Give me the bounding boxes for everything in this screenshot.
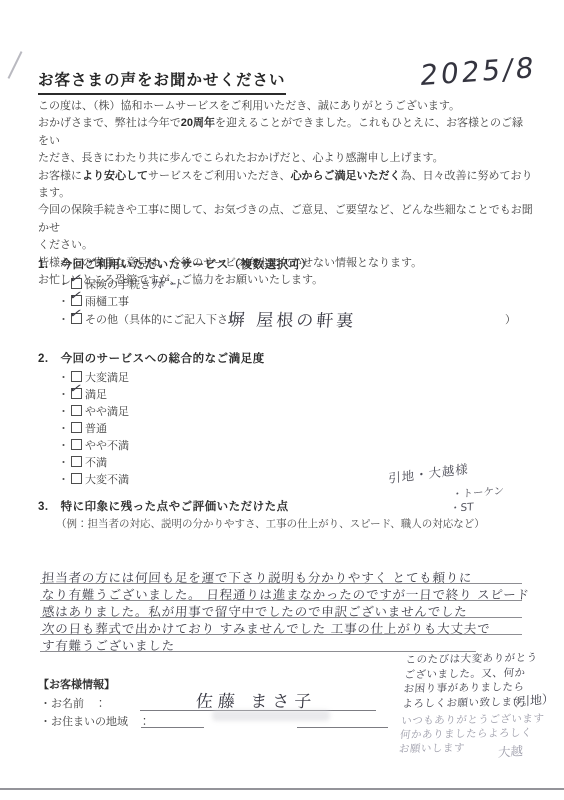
area-underline-1 [141,727,204,728]
area-label: ・お住まいの地域 ： [40,713,150,729]
bullet: ・ [58,423,69,435]
option-label: 普通 [85,423,107,435]
comment-line: 感はありました。私が用事で留守中でしたので申訳ございませんでした [42,602,531,620]
checkbox-icon: ✓ [71,295,82,306]
comment-line: 担当者の方には何回も足を運で下さり説明も分かりやすく とても頼りに [42,568,531,586]
bullet: ・ [58,406,69,418]
checkbox-icon: ✓ [71,456,82,467]
staff-margin-note-sub: ・トーケン [452,483,504,502]
bullet: ・ [58,440,69,452]
intro-line: おかげさまで、弊社は今年で20周年を迎えることができました。これもひとえに、お客… [38,115,534,150]
bullet: ・ [58,457,69,469]
checkbox-icon: ✓ [71,422,82,433]
option-label: 大変不満 [85,474,129,486]
q2-option: ・✓大変満足 [58,369,129,385]
q2-option: ・✓満足 [58,386,107,402]
q2-option: ・✓普通 [58,420,107,436]
q1-heading: 1. 今回ご利用いただいたサービス（複数選択可） [38,256,313,272]
close-paren: ） [505,311,516,327]
other-fill-handwritten: 塀 屋根の軒裏 [227,305,357,331]
handwritten-date: 2025/8 [418,51,538,92]
option-label: 大変満足 [85,372,129,384]
checkbox-icon: ✓ [71,405,82,416]
checkbox-icon: ✓ [71,313,82,324]
staff-margin-note: 引地・大越様 [388,459,469,487]
q3-example: （例：担当者の対応、説明の分かりやすさ、工事の仕上がり、スピード、職人の対応など… [56,516,485,531]
intro-line: ください。 [38,237,534,254]
area-underline-2 [297,727,388,728]
page-title: お客さまの声をお聞かせください [38,68,286,95]
customer-info-heading: 【お客様情報】 [38,676,115,692]
option-label: やや満足 [85,406,129,418]
staff-margin-note-sub: ・ST [450,499,474,516]
option-label: 保険の手続き [85,279,151,291]
pen-scratch-mark [8,51,23,79]
intro-line: この度は、（株）協和ホームサービスをご利用いただき、誠にありがとうございます。 [38,98,534,115]
comment-line: なり有難うございました。 日程通りは進まなかったのですが一日で終り スピード [42,585,531,603]
note2-signature: 大越 [498,741,524,761]
q2-option: ・✓やや満足 [58,403,129,419]
scan-page-edge [0,788,564,790]
intro-line: お客様により安心してサービスをご利用いただき、心からご満足いただく為、日々改善に… [38,168,534,203]
q2-option: ・✓大変不満 [58,471,129,487]
bullet: ・ [58,474,69,486]
option-label: 満足 [85,389,107,401]
redacted-smudge [212,710,330,721]
note1-signature: （引地） [506,689,554,711]
checkbox-icon: ✓ [71,439,82,450]
q2-option: ・✓やや不満 [58,437,129,453]
option-label: やや不満 [85,440,129,452]
q3-heading: 3. 特に印象に残った点やご評価いただけた点 [38,498,289,514]
checkbox-icon: ✓ [71,388,82,399]
option-label: 雨樋工事 [85,296,129,308]
bullet: ・ [58,372,69,384]
name-value-handwritten: 佐藤 まさ子 [195,687,317,712]
scanned-survey-page: お客さまの声をお聞かせください 2025/8 この度は、（株）協和ホームサービス… [0,0,564,800]
option-label: その他（具体的にご記入下さい: [85,314,242,326]
q1-option-gutter: ・✓雨樋工事 [58,293,129,309]
q2-option: ・✓不満 [58,454,107,470]
checkbox-icon: ✓ [71,473,82,484]
name-label: ・お名前 ： [40,695,106,711]
q1-option-other: ・✓その他（具体的にご記入下さい: [58,311,242,327]
intro-line: ただき、長きにわたり共に歩んでこられたおかげだと、心より感謝申し上げます。 [38,150,534,167]
comment-line: 次の日も葬式で出かけており すみませんでした 工事の仕上がりも大丈夫で [42,619,531,637]
handwritten-service-suffix: ｻﾎﾟｰﾄ [151,275,183,292]
intro-line: 今回の保険手続きや工事に関して、お気づきの点、ご意見、ご要望など、どんな些細なこ… [38,202,534,237]
option-label: 不満 [85,457,107,469]
q2-heading: 2. 今回のサービスへの総合的なご満足度 [38,350,265,366]
